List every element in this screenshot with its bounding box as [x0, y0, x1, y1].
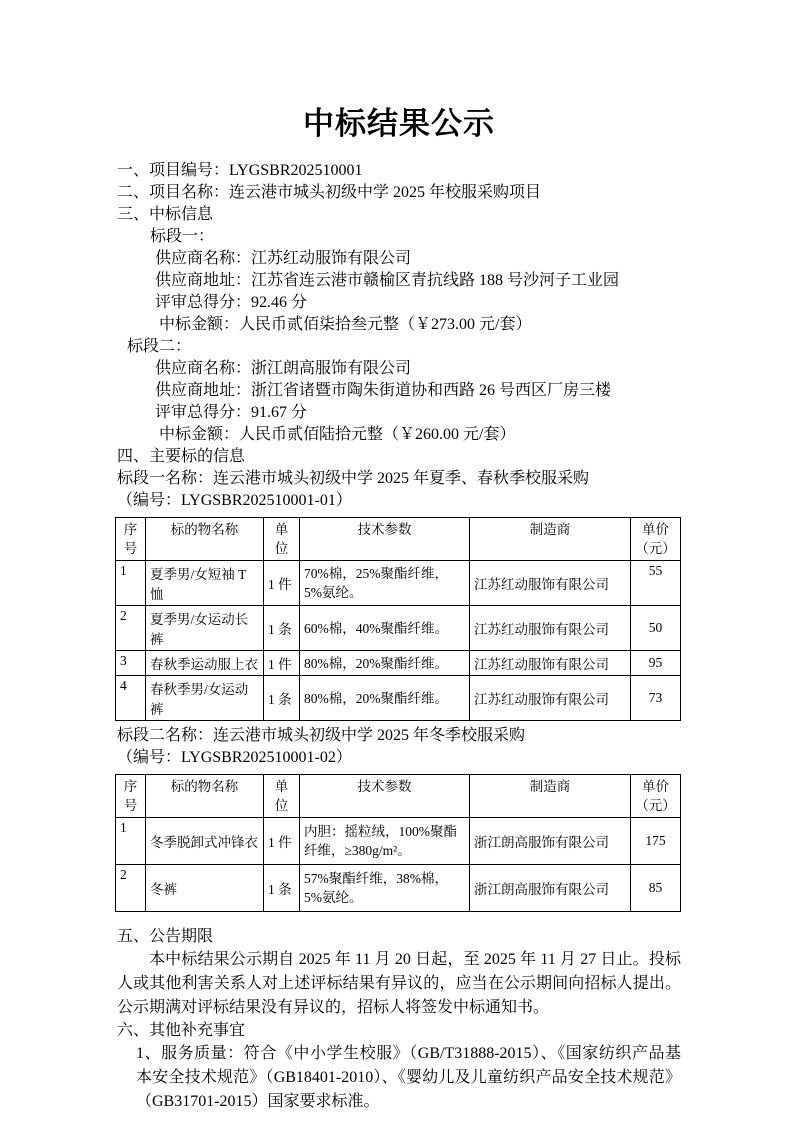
cell-unit: 1 件 — [264, 818, 300, 865]
table-row: 1 夏季男/女短袖 T 恤 1 件 70%棉，25%聚酯纤维，5%氨纶。 江苏红… — [116, 561, 681, 606]
lot2-supplier-name: 供应商名称：浙江朗高服饰有限公司 — [155, 358, 681, 380]
cell-price: 50 — [631, 606, 681, 651]
header-name: 标的物名称 — [146, 518, 264, 561]
lot2-review-score: 评审总得分：91.67 分 — [155, 402, 681, 424]
cell-seq: 1 — [116, 561, 146, 606]
cell-tech: 60%棉，40%聚酯纤维。 — [300, 606, 470, 651]
cell-maker: 浙江朗高服饰有限公司 — [470, 818, 631, 865]
lot1-products-table: 序号 标的物名称 单位 技术参数 制造商 单价 （元） 1 夏季男/女短袖 T … — [115, 517, 681, 721]
lot1-supplier-address: 供应商地址：江苏省连云港市赣榆区青抗线路 188 号沙河子工业园 — [155, 270, 681, 292]
cell-unit: 1 件 — [264, 561, 300, 606]
cell-unit: 1 条 — [264, 606, 300, 651]
cell-unit: 1 条 — [264, 676, 300, 721]
cell-tech: 内胆：摇粒绒，100%聚酯纤维，≥380g/m²。 — [300, 818, 470, 865]
cell-tech: 80%棉，20%聚酯纤维。 — [300, 676, 470, 721]
main-items-heading: 四、主要标的信息 — [117, 446, 681, 468]
cell-maker: 江苏红动服饰有限公司 — [470, 606, 631, 651]
header-maker: 制造商 — [470, 518, 631, 561]
cell-seq: 4 — [116, 676, 146, 721]
header-price: 单价 （元） — [631, 775, 681, 818]
header-price-line2: （元） — [632, 796, 679, 815]
cell-seq: 2 — [116, 606, 146, 651]
lot2-name-line: 标段二名称：连云港市城头初级中学 2025 年冬季校服采购 — [117, 725, 681, 747]
header-seq: 序号 — [116, 518, 146, 561]
other-matters-heading: 六、其他补充事宜 — [117, 1020, 681, 1042]
cell-name: 夏季男/女运动长裤 — [146, 606, 264, 651]
lot2-code-line: （编号：LYGSBR202510001-02） — [117, 747, 681, 769]
table-row: 2 冬裤 1 条 57%聚酯纤维，38%棉，5%氨纶。 浙江朗高服饰有限公司 8… — [116, 865, 681, 912]
lot1-review-score: 评审总得分：92.46 分 — [155, 292, 681, 314]
page-title: 中标结果公示 — [117, 104, 681, 144]
header-tech: 技术参数 — [300, 518, 470, 561]
header-seq: 序号 — [116, 775, 146, 818]
cell-unit: 1 件 — [264, 651, 300, 676]
header-price-line1: 单价 — [632, 777, 679, 796]
cell-price: 95 — [631, 651, 681, 676]
notice-period-paragraph: 本中标结果公示期自 2025 年 11 月 20 日起，至 2025 年 11 … — [117, 948, 681, 1020]
header-maker: 制造商 — [470, 775, 631, 818]
cell-name: 冬裤 — [146, 865, 264, 912]
cell-maker: 江苏红动服饰有限公司 — [470, 676, 631, 721]
header-unit: 单位 — [264, 518, 300, 561]
cell-maker: 浙江朗高服饰有限公司 — [470, 865, 631, 912]
service-quality-paragraph: 1、服务质量：符合《中小学生校服》（GB/T31888-2015）、《国家纺织产… — [136, 1042, 681, 1114]
cell-price: 85 — [631, 865, 681, 912]
cell-tech: 57%聚酯纤维，38%棉，5%氨纶。 — [300, 865, 470, 912]
notice-period-heading: 五、公告期限 — [117, 926, 681, 948]
cell-price: 175 — [631, 818, 681, 865]
lot1-heading: 标段一： — [150, 226, 681, 248]
lot2-heading: 标段二： — [127, 336, 681, 358]
cell-tech: 70%棉，25%聚酯纤维，5%氨纶。 — [300, 561, 470, 606]
lot1-code-line: （编号：LYGSBR202510001-01） — [117, 490, 681, 512]
table-row: 3 春秋季运动服上衣 1 件 80%棉，20%聚酯纤维。 江苏红动服饰有限公司 … — [116, 651, 681, 676]
cell-seq: 2 — [116, 865, 146, 912]
header-unit: 单位 — [264, 775, 300, 818]
header-tech: 技术参数 — [300, 775, 470, 818]
lot2-supplier-address: 供应商地址：浙江省诸暨市陶朱街道协和西路 26 号西区厂房三楼 — [155, 380, 681, 402]
cell-maker: 江苏红动服饰有限公司 — [470, 561, 631, 606]
cell-seq: 3 — [116, 651, 146, 676]
project-name-line: 二、项目名称：连云港市城头初级中学 2025 年校服采购项目 — [117, 182, 681, 204]
cell-price: 73 — [631, 676, 681, 721]
cell-name: 冬季脱卸式冲锋衣 — [146, 818, 264, 865]
cell-tech: 80%棉，20%聚酯纤维。 — [300, 651, 470, 676]
table-row: 4 春秋季男/女运动裤 1 条 80%棉，20%聚酯纤维。 江苏红动服饰有限公司… — [116, 676, 681, 721]
table-header-row: 序号 标的物名称 单位 技术参数 制造商 单价 （元） — [116, 518, 681, 561]
table-row: 2 夏季男/女运动长裤 1 条 60%棉，40%聚酯纤维。 江苏红动服饰有限公司… — [116, 606, 681, 651]
cell-unit: 1 条 — [264, 865, 300, 912]
project-number-line: 一、项目编号：LYGSBR202510001 — [117, 160, 681, 182]
table-header-row: 序号 标的物名称 单位 技术参数 制造商 单价 （元） — [116, 775, 681, 818]
cell-maker: 江苏红动服饰有限公司 — [470, 651, 631, 676]
document-page: 中标结果公示 一、项目编号：LYGSBR202510001 二、项目名称：连云港… — [0, 0, 793, 1122]
cell-seq: 1 — [116, 818, 146, 865]
cell-name: 春秋季运动服上衣 — [146, 651, 264, 676]
cell-price: 55 — [631, 561, 681, 606]
cell-name: 春秋季男/女运动裤 — [146, 676, 264, 721]
cell-name: 夏季男/女短袖 T 恤 — [146, 561, 264, 606]
header-name: 标的物名称 — [146, 775, 264, 818]
lot2-award-amount: 中标金额：人民币贰佰陆拾元整（￥260.00 元/套） — [159, 424, 681, 446]
lot1-name-line: 标段一名称：连云港市城头初级中学 2025 年夏季、春秋季校服采购 — [117, 468, 681, 490]
table-row: 1 冬季脱卸式冲锋衣 1 件 内胆：摇粒绒，100%聚酯纤维，≥380g/m²。… — [116, 818, 681, 865]
lot2-products-table: 序号 标的物名称 单位 技术参数 制造商 单价 （元） 1 冬季脱卸式冲锋衣 1… — [115, 774, 681, 912]
lot1-supplier-name: 供应商名称：江苏红动服饰有限公司 — [155, 248, 681, 270]
bid-info-heading: 三、中标信息 — [117, 204, 681, 226]
header-price-line1: 单价 — [632, 520, 679, 539]
header-price-line2: （元） — [632, 539, 679, 558]
header-price: 单价 （元） — [631, 518, 681, 561]
lot1-award-amount: 中标金额：人民币贰佰柒拾叁元整（￥273.00 元/套） — [159, 314, 681, 336]
